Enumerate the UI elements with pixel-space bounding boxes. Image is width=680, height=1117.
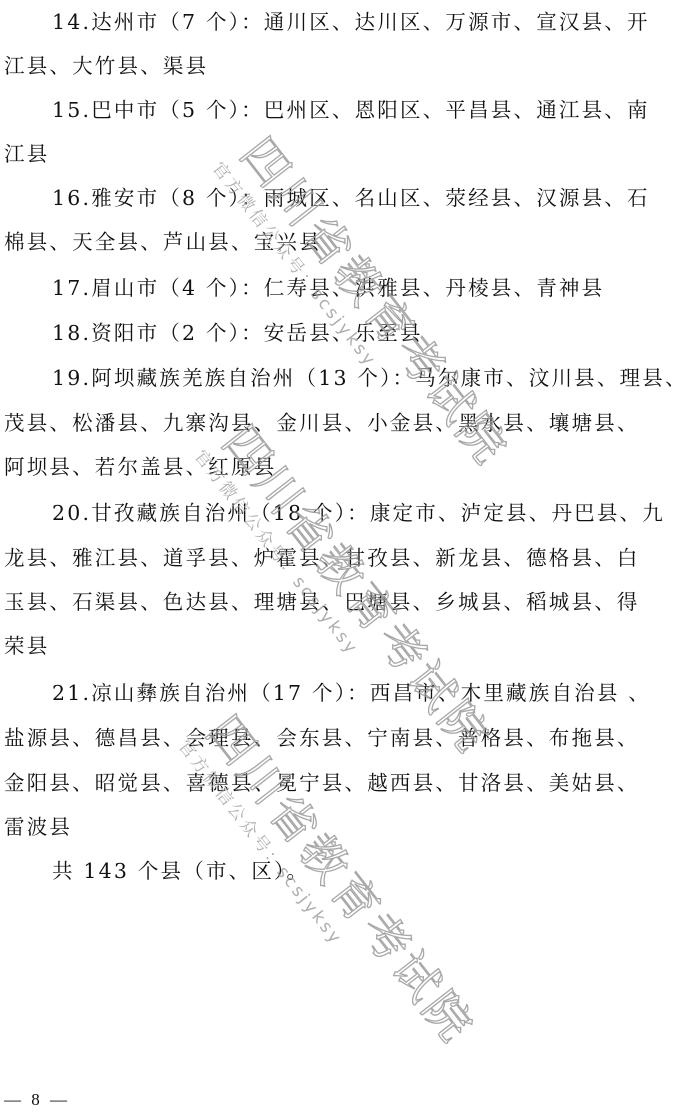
text-line: 金阳县、昭觉县、喜德县、冕宁县、越西县、甘洛县、美姑县、 [0, 761, 680, 805]
text-line: 16.雅安市（8 个）：雨城区、名山区、荥经县、汉源县、石 [0, 176, 680, 220]
text-line: 18.资阳市（2 个）：安岳县、乐至县 [0, 311, 680, 355]
text-line: 龙县、雅江县、道孚县、炉霍县、甘孜县、新龙县、德格县、白 [0, 536, 680, 580]
text-line: 茂县、松潘县、九寨沟县、金川县、小金县、黑水县、壤塘县、 [0, 401, 680, 445]
text-line: 14.达州市（7 个）：通川区、达川区、万源市、宣汉县、开 [0, 0, 680, 44]
text-line: 盐源县、德昌县、会理县、会东县、宁南县、普格县、布拖县、 [0, 716, 680, 760]
text-line: 19.阿坝藏族羌族自治州（13 个）：马尔康市、汶川县、理县、 [0, 356, 680, 400]
text-line: 阿坝县、若尔盖县、红原县 [0, 445, 680, 489]
text-line: 15.巴中市（5 个）：巴州区、恩阳区、平昌县、通江县、南 [0, 88, 680, 132]
summary-line: 共 143 个县（市、区）。 [0, 849, 680, 893]
text-line: 荣县 [0, 624, 680, 668]
text-line: 江县 [0, 132, 680, 176]
text-line: 17.眉山市（4 个）：仁寿县、洪雅县、丹棱县、青神县 [0, 266, 680, 310]
text-line: 棉县、天全县、芦山县、宝兴县 [0, 220, 680, 264]
text-line: 21.凉山彝族自治州（17 个）：西昌市、木里藏族自治县 、 [0, 671, 680, 715]
text-line: 江县、大竹县、渠县 [0, 44, 680, 88]
text-line: 玉县、石渠县、色达县、理塘县、巴塘县、乡城县、稻城县、得 [0, 580, 680, 624]
page-number: — 8 — [4, 1090, 70, 1110]
text-line: 雷波县 [0, 805, 680, 849]
text-line: 20.甘孜藏族自治州（18 个）：康定市、泸定县、丹巴县、九 [0, 491, 680, 535]
